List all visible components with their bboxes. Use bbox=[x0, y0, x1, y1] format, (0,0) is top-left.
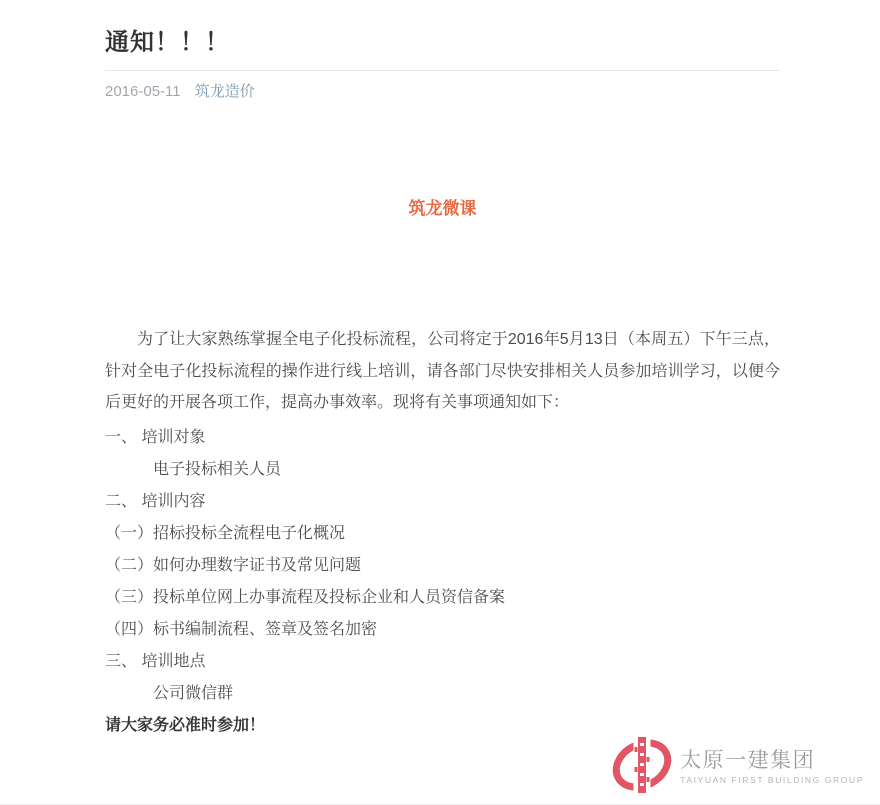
company-logo: 太原一建集团 TAIYUAN FIRST BUILDING GROUP bbox=[611, 734, 864, 801]
body-line-item-2: （二）如何办理数字证书及常见问题 bbox=[105, 550, 780, 582]
company-logo-text: 太原一建集团 TAIYUAN FIRST BUILDING GROUP bbox=[680, 749, 864, 786]
notice-list: 一、 培训对象 电子投标相关人员 二、 培训内容 （一）招标投标全流程电子化概况… bbox=[105, 422, 780, 742]
body-line-section-1: 一、 培训对象 bbox=[105, 422, 780, 454]
body-line-section-3: 三、 培训地点 bbox=[105, 646, 780, 678]
body-line-section-2: 二、 培训内容 bbox=[105, 486, 780, 518]
article-meta: 2016-05-11 筑龙造价 bbox=[105, 82, 780, 101]
publish-date: 2016-05-11 bbox=[105, 83, 181, 100]
body-line-item-4: （四）标书编制流程、签章及签名加密 bbox=[105, 614, 780, 646]
company-name-en: TAIYUAN FIRST BUILDING GROUP bbox=[680, 775, 864, 786]
body-line-item-3: （三）投标单位网上办事流程及投标企业和人员资信备案 bbox=[105, 582, 780, 614]
author-link[interactable]: 筑龙造价 bbox=[195, 83, 255, 100]
company-name-cn: 太原一建集团 bbox=[680, 749, 864, 773]
company-logo-icon bbox=[611, 734, 673, 801]
body-line-target: 电子投标相关人员 bbox=[105, 454, 780, 486]
title-divider bbox=[105, 70, 780, 71]
page-title: 通知！！！ bbox=[105, 28, 780, 58]
body-line-item-1: （一）招标投标全流程电子化概况 bbox=[105, 518, 780, 550]
article-page: 通知！！！ 2016-05-11 筑龙造价 筑龙微课 为了让大家熟练掌握全电子化… bbox=[0, 0, 880, 805]
subheading: 筑龙微课 bbox=[105, 198, 780, 219]
article-content: 通知！！！ 2016-05-11 筑龙造价 筑龙微课 为了让大家熟练掌握全电子化… bbox=[105, 0, 780, 742]
body-line-location: 公司微信群 bbox=[105, 678, 780, 710]
intro-paragraph: 为了让大家熟练掌握全电子化投标流程，公司将定于2016年5月13日（本周五）下午… bbox=[105, 324, 780, 419]
